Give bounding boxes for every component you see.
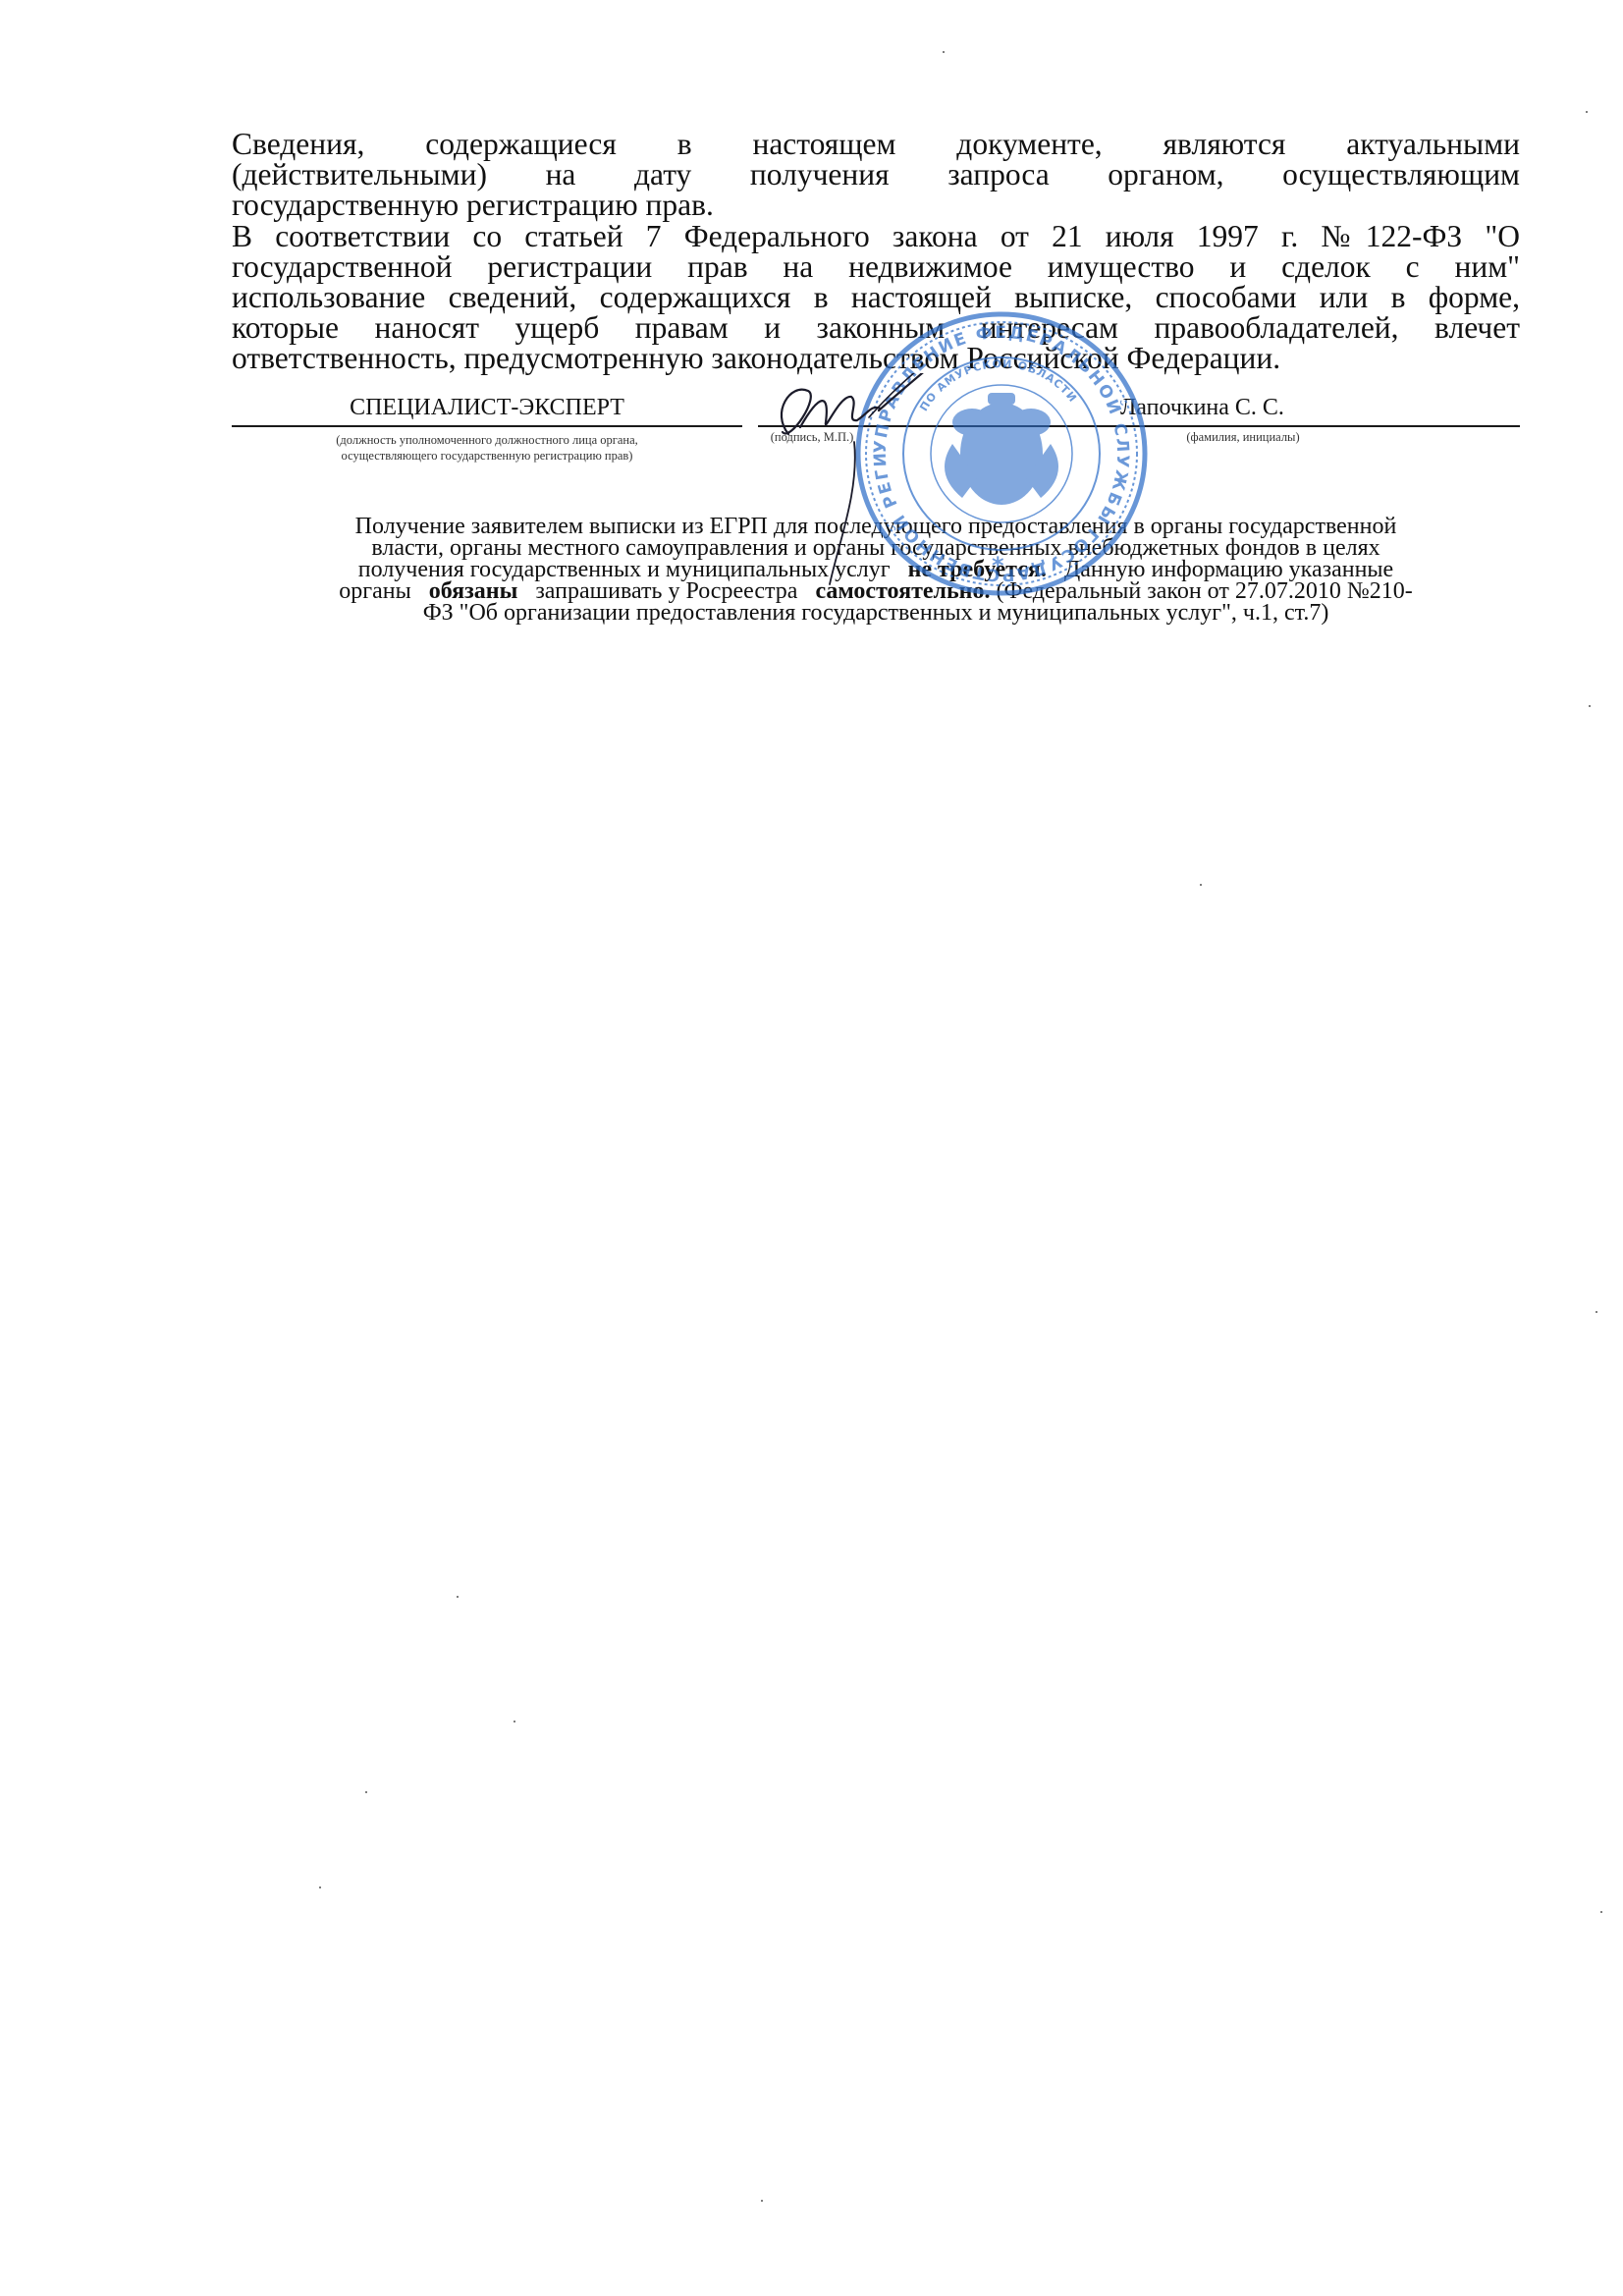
position-caption: (должность уполномоченного должностного …: [232, 432, 742, 464]
paragraph-line: В соответствии со статьей 7 Федерального…: [232, 221, 1520, 251]
signature-block: СПЕЦИАЛИСТ-ЭКСПЕРТ (должность уполномоче…: [232, 393, 1520, 481]
notice-line: ФЗ "Об организации предоставления госуда…: [232, 602, 1520, 624]
scan-speck: [943, 51, 945, 53]
scan-speck: [514, 1721, 515, 1722]
notice-block: Получение заявителем выписки из ЕГРП для…: [232, 516, 1520, 624]
legal-paragraph: В соответствии со статьей 7 Федерального…: [232, 221, 1520, 373]
scan-speck: [1200, 884, 1202, 886]
signature-underline: [758, 425, 1520, 427]
position-title: СПЕЦИАЛИСТ-ЭКСПЕРТ: [232, 393, 742, 422]
notice-line: власти, органы местного самоуправления и…: [232, 537, 1520, 559]
paragraph-line: (действительными) на дату получения запр…: [232, 159, 1520, 190]
scan-speck: [457, 1596, 459, 1598]
paragraph-line: государственную регистрацию прав.: [232, 190, 1520, 220]
scan-speck: [1600, 1911, 1602, 1913]
position-underline: [232, 425, 742, 427]
name-caption: (фамилия, инициалы): [1160, 429, 1326, 445]
signature-caption: (подпись, М.П.): [758, 429, 866, 445]
paragraph-line: Сведения, содержащиеся в настоящем докум…: [232, 129, 1520, 159]
paragraph-line: ответственность, предусмотренную законод…: [232, 343, 1520, 373]
scan-speck: [319, 1886, 321, 1888]
notice-line: органы обязаны запрашивать у Росреестра …: [232, 580, 1520, 602]
official-name: Лапочкина С. С.: [1120, 393, 1284, 422]
paragraph-line: использование сведений, содержащихся в н…: [232, 282, 1520, 312]
scan-speck: [1586, 111, 1588, 113]
paragraph-line: государственной регистрации прав на недв…: [232, 251, 1520, 282]
scan-speck: [761, 2200, 763, 2202]
validity-paragraph: Сведения, содержащиеся в настоящем докум…: [232, 129, 1520, 220]
paragraph-line: которые наносят ущерб правам и законным …: [232, 312, 1520, 343]
scan-speck: [365, 1791, 367, 1793]
scan-speck: [1589, 705, 1591, 707]
notice-line: Получение заявителем выписки из ЕГРП для…: [232, 516, 1520, 537]
notice-line: получения государственных и муниципальны…: [232, 559, 1520, 580]
scan-speck: [1596, 1311, 1597, 1313]
